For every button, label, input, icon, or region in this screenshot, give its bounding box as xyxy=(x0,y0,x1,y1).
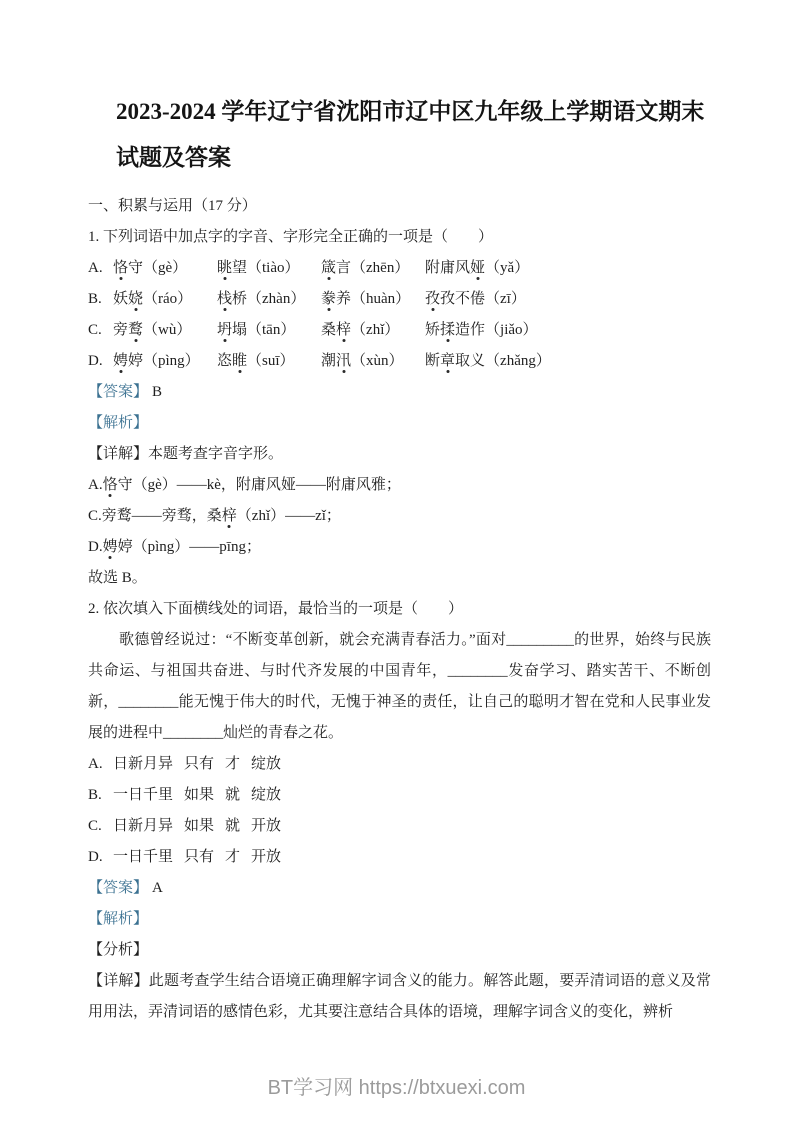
option-label: A. xyxy=(88,749,113,780)
option-label: D. xyxy=(88,842,113,873)
option-item: 矫揉造作（jiǎo） xyxy=(425,315,538,346)
answer-value: B xyxy=(152,384,162,400)
option-item: 潮汛（xùn） xyxy=(321,346,417,377)
option-label: C. xyxy=(88,811,113,842)
option-item: 旁鹜（wù） xyxy=(113,315,209,346)
q2-analysis-label: 【解析】 xyxy=(88,904,711,935)
option-item: 只有 xyxy=(184,749,214,780)
question-1-stem: 1. 下列词语中加点字的字音、字形完全正确的一项是（ ） xyxy=(88,222,711,253)
option-item: 日新月异 xyxy=(113,811,173,842)
option-item: 娉婷（pìng） xyxy=(113,346,209,377)
option-item: 眺望（tiào） xyxy=(217,253,313,284)
q1-explain-d: D.娉婷（pìng）——pīng； xyxy=(88,532,711,563)
option-item: 日新月异 xyxy=(113,749,173,780)
option-item: 就 xyxy=(225,811,240,842)
option-item: 只有 xyxy=(184,842,214,873)
q2-answer-line: 【答案】A xyxy=(88,873,711,904)
q1-detail: 【详解】本题考查字音字形。 xyxy=(88,439,711,470)
option-label: A. xyxy=(88,253,113,284)
option-label: D. xyxy=(88,346,113,377)
q2-option-row-a: A. 日新月异 只有 才 绽放 xyxy=(88,749,711,780)
option-item: 恣睢（suī） xyxy=(217,346,313,377)
option-item: 附庸风娅（yǎ） xyxy=(425,253,529,284)
option-item: 绽放 xyxy=(251,749,281,780)
q2-option-row-b: B. 一日千里 如果 就 绽放 xyxy=(88,780,711,811)
q2-passage: 歌德曾经说过：“不断变革创新，就会充满青春活力。”面对_________的世界，… xyxy=(88,625,711,749)
option-item: 就 xyxy=(225,780,240,811)
document-page: 2023-2024 学年辽宁省沈阳市辽中区九年级上学期语文期末试题及答案 一、积… xyxy=(0,0,793,1122)
option-item: 孜孜不倦（zī） xyxy=(425,284,526,315)
exam-title: 2023-2024 学年辽宁省沈阳市辽中区九年级上学期语文期末试题及答案 xyxy=(116,89,716,181)
option-item: 箴言（zhēn） xyxy=(321,253,417,284)
option-item: 栈桥（zhàn） xyxy=(217,284,313,315)
q1-option-row-c: C. 旁鹜（wù） 坍塌（tān） 桑梓（zhǐ） 矫揉造作（jiǎo） xyxy=(88,315,711,346)
q1-explain-c: C.旁鹜——旁骛，桑梓（zhǐ）——zǐ； xyxy=(88,501,711,532)
answer-value: A xyxy=(152,880,163,896)
option-label: B. xyxy=(88,284,113,315)
q1-option-row-d: D. 娉婷（pìng） 恣睢（suī） 潮汛（xùn） 断章取义（zhǎng） xyxy=(88,346,711,377)
q2-option-row-c: C. 日新月异 如果 就 开放 xyxy=(88,811,711,842)
option-item: 才 xyxy=(225,749,240,780)
question-2-stem: 2. 依次填入下面横线处的词语，最恰当的一项是（ ） xyxy=(88,594,711,625)
option-item: 一日千里 xyxy=(113,780,173,811)
option-item: 坍塌（tān） xyxy=(217,315,313,346)
option-item: 才 xyxy=(225,842,240,873)
q1-explain-a: A.恪守（gè）——kè，附庸风娅——附庸风雅； xyxy=(88,470,711,501)
option-item: 如果 xyxy=(184,811,214,842)
answer-label: 【答案】 xyxy=(88,880,148,896)
option-label: C. xyxy=(88,315,113,346)
option-item: 妖娆（ráo） xyxy=(113,284,209,315)
q1-option-row-b: B. 妖娆（ráo） 栈桥（zhàn） 豢养（huàn） 孜孜不倦（zī） xyxy=(88,284,711,315)
answer-label: 【答案】 xyxy=(88,384,148,400)
q1-conclusion: 故选 B。 xyxy=(88,563,711,594)
option-item: 一日千里 xyxy=(113,842,173,873)
option-item: 如果 xyxy=(184,780,214,811)
q2-detail: 【详解】此题考查学生结合语境正确理解字词含义的能力。解答此题，要弄清词语的意义及… xyxy=(88,966,711,1028)
option-item: 桑梓（zhǐ） xyxy=(321,315,417,346)
q2-option-row-d: D. 一日千里 只有 才 开放 xyxy=(88,842,711,873)
option-item: 断章取义（zhǎng） xyxy=(425,346,551,377)
section-heading: 一、积累与运用（17 分） xyxy=(88,191,711,222)
option-item: 绽放 xyxy=(251,780,281,811)
q1-answer-line: 【答案】B xyxy=(88,377,711,408)
option-label: B. xyxy=(88,780,113,811)
option-item: 开放 xyxy=(251,842,281,873)
q1-analysis-label: 【解析】 xyxy=(88,408,711,439)
option-item: 恪守（gè） xyxy=(113,253,209,284)
option-item: 开放 xyxy=(251,811,281,842)
q1-option-row-a: A. 恪守（gè） 眺望（tiào） 箴言（zhēn） 附庸风娅（yǎ） xyxy=(88,253,711,284)
footer-watermark: BT学习网 https://btxuexi.com xyxy=(0,1071,793,1100)
q2-fenxi-label: 【分析】 xyxy=(88,935,711,966)
option-item: 豢养（huàn） xyxy=(321,284,417,315)
